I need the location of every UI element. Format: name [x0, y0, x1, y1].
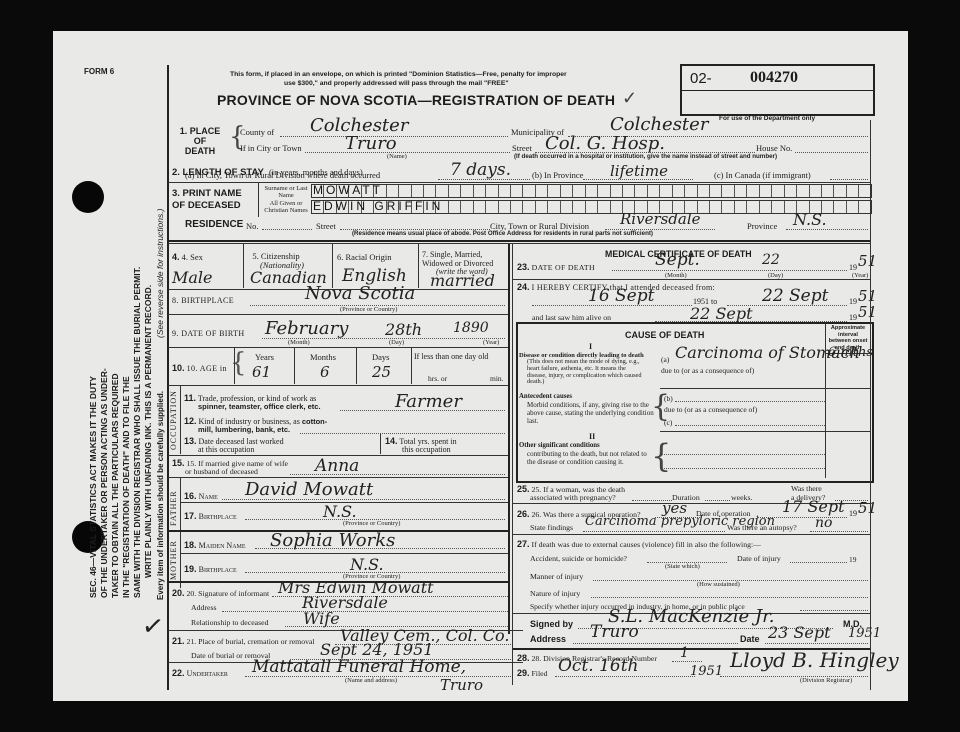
birthplace-value: Nova Scotia: [305, 283, 415, 304]
margin-line-2: OF THE UNDERTAKER OR PERSON ACTING AS UN…: [99, 368, 110, 598]
due-to-label-b: due to (or as a consequence of): [664, 405, 757, 414]
county-label: County of: [240, 127, 274, 137]
birthplace-label: 8. BIRTHPLACE: [172, 296, 234, 305]
days-value: 25: [372, 363, 391, 381]
injury-date-label: Date of injury: [737, 554, 781, 563]
year-caption: (Year): [852, 272, 868, 279]
hospital-note: (If death occurred in a hospital or inst…: [514, 153, 777, 160]
street-value: Col. G. Hosp.: [545, 133, 665, 154]
mother-maiden-value: Sophia Works: [270, 530, 395, 551]
father-name-value: David Mowatt: [245, 479, 373, 500]
registration-prefix: 02-: [690, 70, 712, 87]
dob-year-value: 1890: [453, 320, 489, 336]
physician-address-value: Truro: [590, 622, 639, 642]
margin-line-7: Every item of information should be care…: [155, 391, 166, 600]
certificate-date-year: 1951: [848, 626, 881, 641]
hrs-label: hrs. or: [428, 374, 447, 383]
sex-label: 4. Sex: [182, 252, 203, 262]
residence-note: (Residence means usual place of abode. P…: [352, 230, 653, 237]
surname-value: MOWATT: [313, 183, 383, 197]
pregnancy-label-2: associated with pregnancy?: [530, 493, 616, 502]
informant-address-label: Address: [191, 603, 217, 612]
spouse-value: Anna: [315, 456, 359, 476]
attended-to-value: 22 Sept: [762, 286, 828, 306]
date-of-death-label: 23. DATE OF DEATH: [517, 262, 595, 272]
residence-city-value: Riversdale: [620, 210, 701, 228]
min-label: min.: [490, 374, 504, 383]
months-label: Months: [310, 352, 336, 362]
trade-label-2: spinner, teamster, office clerk, etc.: [198, 402, 321, 411]
external-causes-label: 27. If death was due to external causes …: [517, 539, 761, 549]
margin-line-1: SEC. 46—VITAL STATISTICS ACT MAKES IT TH…: [88, 376, 99, 598]
delivery-label: Was there: [791, 484, 822, 493]
part-i-label: I: [589, 342, 592, 351]
date-of-death-month: Sept.: [655, 250, 700, 270]
last-worked-label-2: at this occupation: [198, 445, 254, 454]
antecedent-note: Morbid conditions, if any, giving rise t…: [527, 401, 657, 425]
direct-cause-note: (This does not mean the mode of dying, e…: [527, 359, 647, 386]
birthplace-caption: (Province or Country): [340, 306, 397, 313]
margin-line-3: TAKER TO OBTAIN ALL THE PARTICULARS REQU…: [110, 373, 121, 598]
other-conditions-note: contributing to the death, but not relat…: [527, 450, 657, 466]
cause-c-label: (c): [664, 418, 672, 427]
stay-city-value: 7 days.: [450, 160, 511, 180]
filed-label: 29. Filed: [517, 668, 548, 678]
spouse-label-2: or husband of deceased: [185, 467, 258, 476]
date-of-death-year: 51: [858, 252, 877, 270]
residence-street-label: Street: [316, 221, 336, 231]
margin-line-5: SAME WITH THE DIVISION REGISTRAR WHO SHA…: [132, 267, 143, 598]
operation-year: 51: [858, 499, 877, 517]
year-prefix: 19: [849, 509, 857, 518]
municipality-value: Colchester: [610, 114, 708, 135]
weeks-label: weeks.: [731, 493, 752, 502]
stay-canada-label: (c) In Canada (if immigrant): [714, 170, 811, 180]
name-caption: (Name): [387, 153, 407, 160]
month-caption: (Month): [665, 272, 687, 279]
margin-line-6: WRITE PLAINLY WITH UNFADING INK. THIS IS…: [143, 285, 154, 578]
month-caption: (Month): [288, 339, 310, 346]
given-names-value: EDWIN GRIFFIN: [313, 199, 443, 213]
surname-label: Surname or Last Name: [262, 185, 310, 199]
year-prefix: 19: [849, 297, 857, 306]
cause-of-death-header: CAUSE OF DEATH: [625, 330, 704, 340]
findings-label: State findings: [530, 523, 573, 532]
dob-day-value: 28th: [385, 320, 422, 339]
date-of-death-day: 22: [762, 252, 780, 268]
father-name-label: 16. Name: [184, 491, 218, 501]
mail-notice-1: This form, if placed in an envelope, on …: [230, 71, 567, 78]
check-mark-title: ✓: [622, 88, 637, 109]
industry-label-2: mill, lumbering, bank, etc.: [198, 425, 290, 434]
father-birthplace-caption: (Province or Country): [343, 520, 400, 527]
last-saw-label: and last saw him alive on: [532, 313, 611, 322]
mother-birthplace-value: N.S.: [350, 555, 384, 574]
accident-label: Accident, suicide or homicide?: [530, 554, 627, 563]
certificate-date-label: Date: [740, 634, 760, 644]
certificate-date-value: 23 Sept: [768, 623, 831, 642]
how-sustained-caption: (How sustained): [697, 581, 740, 588]
record-number-value: 1: [680, 645, 689, 661]
sex-value: Male: [172, 268, 213, 287]
state-which-caption: (State which): [665, 563, 700, 570]
other-conditions-label: Other significant conditions: [519, 442, 600, 449]
form-number: FORM 6: [84, 67, 114, 76]
mother-maiden-label: 18. Maiden Name: [184, 540, 246, 550]
registration-number: 004270: [750, 69, 798, 87]
autopsy-value: no: [815, 515, 832, 531]
undertaker-city: Truro: [440, 676, 483, 694]
year-prefix: 19: [849, 313, 857, 322]
registration-number-box: 02- 004270: [680, 64, 875, 116]
less-than-day-label: If less than one day old: [414, 352, 488, 361]
occupation-side-label: OCCUPATION: [169, 390, 178, 450]
residence-no-label: No.: [246, 221, 259, 231]
physician-address-label: Address: [530, 634, 566, 644]
burial-place-label: 21. 21. Place of burial, cremation or re…: [172, 636, 315, 646]
days-label: Days: [372, 352, 389, 362]
father-birthplace-value: N.S.: [323, 502, 357, 521]
city-label: If in City or Town: [240, 143, 302, 153]
residence-province-value: N.S.: [793, 210, 827, 229]
margin-line-4: IN THE "REGISTRATION OF DEATH" AND TO FI…: [121, 376, 132, 598]
year-caption: (Year): [483, 339, 499, 346]
relationship-value: Wife: [303, 609, 340, 628]
stay-city-label: (a) In City, Town or Rural Division wher…: [185, 170, 380, 180]
check-mark-margin: ✓: [140, 611, 166, 644]
signed-by-label: Signed by: [530, 619, 573, 629]
relationship-label: Relationship to deceased: [191, 618, 269, 627]
stay-province-value: lifetime: [610, 162, 668, 180]
cause-a-label: (a): [661, 355, 669, 364]
residence-label: RESIDENCE: [185, 219, 243, 230]
years-value: 61: [252, 363, 271, 381]
last-saw-year: 51: [858, 303, 877, 321]
place-of-death-label: 1. PLACEOFDEATH: [172, 126, 228, 156]
street-label: Street: [512, 143, 532, 153]
autopsy-label: Was there an autopsy?: [727, 523, 797, 532]
total-years-label-2: this occupation: [402, 445, 451, 454]
nature-label: Nature of injury: [530, 589, 580, 598]
registrar-caption: (Division Registrar): [800, 677, 852, 684]
residence-province-label: Province: [747, 221, 777, 231]
form-title: PROVINCE OF NOVA SCOTIA—REGISTRATION OF …: [217, 92, 615, 108]
undertaker-value: Mattatall Funeral Home,: [252, 657, 466, 677]
years-label: Years: [255, 352, 274, 362]
dob-month-value: February: [265, 318, 348, 339]
undertaker-label: 22. Undertaker: [172, 668, 228, 678]
brace-icon: {: [230, 350, 247, 376]
informant-label: 20. 20. Signature of informant: [172, 588, 269, 598]
racial-origin-label: 6. Racial Origin: [337, 252, 392, 262]
due-to-label-a: due to (or as a consequence of): [661, 366, 754, 375]
cause-b-label: (b): [664, 394, 673, 403]
father-side-label: FATHER: [169, 490, 178, 526]
manner-label: Manner of injury: [530, 572, 583, 581]
trade-value: Farmer: [395, 391, 462, 412]
given-names-label: All Given or Christian Names: [262, 200, 310, 214]
mother-birthplace-label: 19. Birthplace: [184, 564, 237, 574]
year-prefix: 19: [849, 263, 857, 272]
house-label: House No.: [756, 143, 792, 153]
dept-use-label: For use of the Department only: [719, 115, 815, 122]
marital-status-value: married: [430, 271, 495, 290]
binder-hole-top: [72, 181, 104, 213]
dob-label: 9. DATE OF BIRTH: [172, 329, 245, 338]
mother-side-label: MOTHER: [169, 540, 178, 580]
stay-province-label: (b) In Province: [532, 170, 583, 180]
interval-a-value: 6 mths: [828, 345, 873, 360]
surname-grid: [311, 184, 872, 198]
months-value: 6: [320, 363, 330, 381]
father-birthplace-label: 17. Birthplace: [184, 511, 237, 521]
print-name-label: 3. PRINT NAMEOF DECEASED: [172, 188, 242, 212]
day-caption: (Day): [768, 272, 783, 279]
antecedent-label: Antecedent causes: [519, 393, 572, 400]
year-prefix: 19: [849, 555, 857, 564]
filed-date-value: Oct. 16th: [558, 656, 639, 676]
margin-line-8: (See reverse side for instructions.): [155, 209, 166, 338]
last-saw-value: 22 Sept: [690, 304, 753, 323]
attended-from-value: 16 Sept: [588, 286, 654, 306]
filed-year-value: 1951: [690, 664, 723, 679]
mail-notice-2: use $300," and properly addressed will p…: [284, 80, 509, 87]
day-caption: (Day): [389, 339, 404, 346]
operation-date-value: 17 Sept: [782, 497, 845, 516]
city-value: Truro: [345, 133, 397, 154]
part-ii-label: II: [589, 432, 595, 441]
undertaker-caption: (Name and address): [345, 677, 397, 684]
age-label: 10. 10. AGE in: [172, 363, 227, 373]
registrar-signature: Lloyd B. Hingley: [730, 648, 899, 672]
